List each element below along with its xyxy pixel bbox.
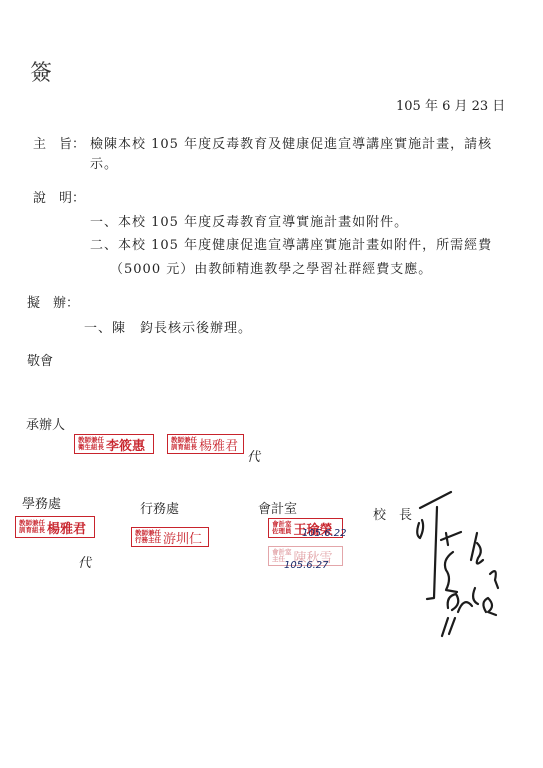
principal-date: 0628 11 [470, 575, 474, 576]
principal-signature-icon [0, 0, 543, 768]
